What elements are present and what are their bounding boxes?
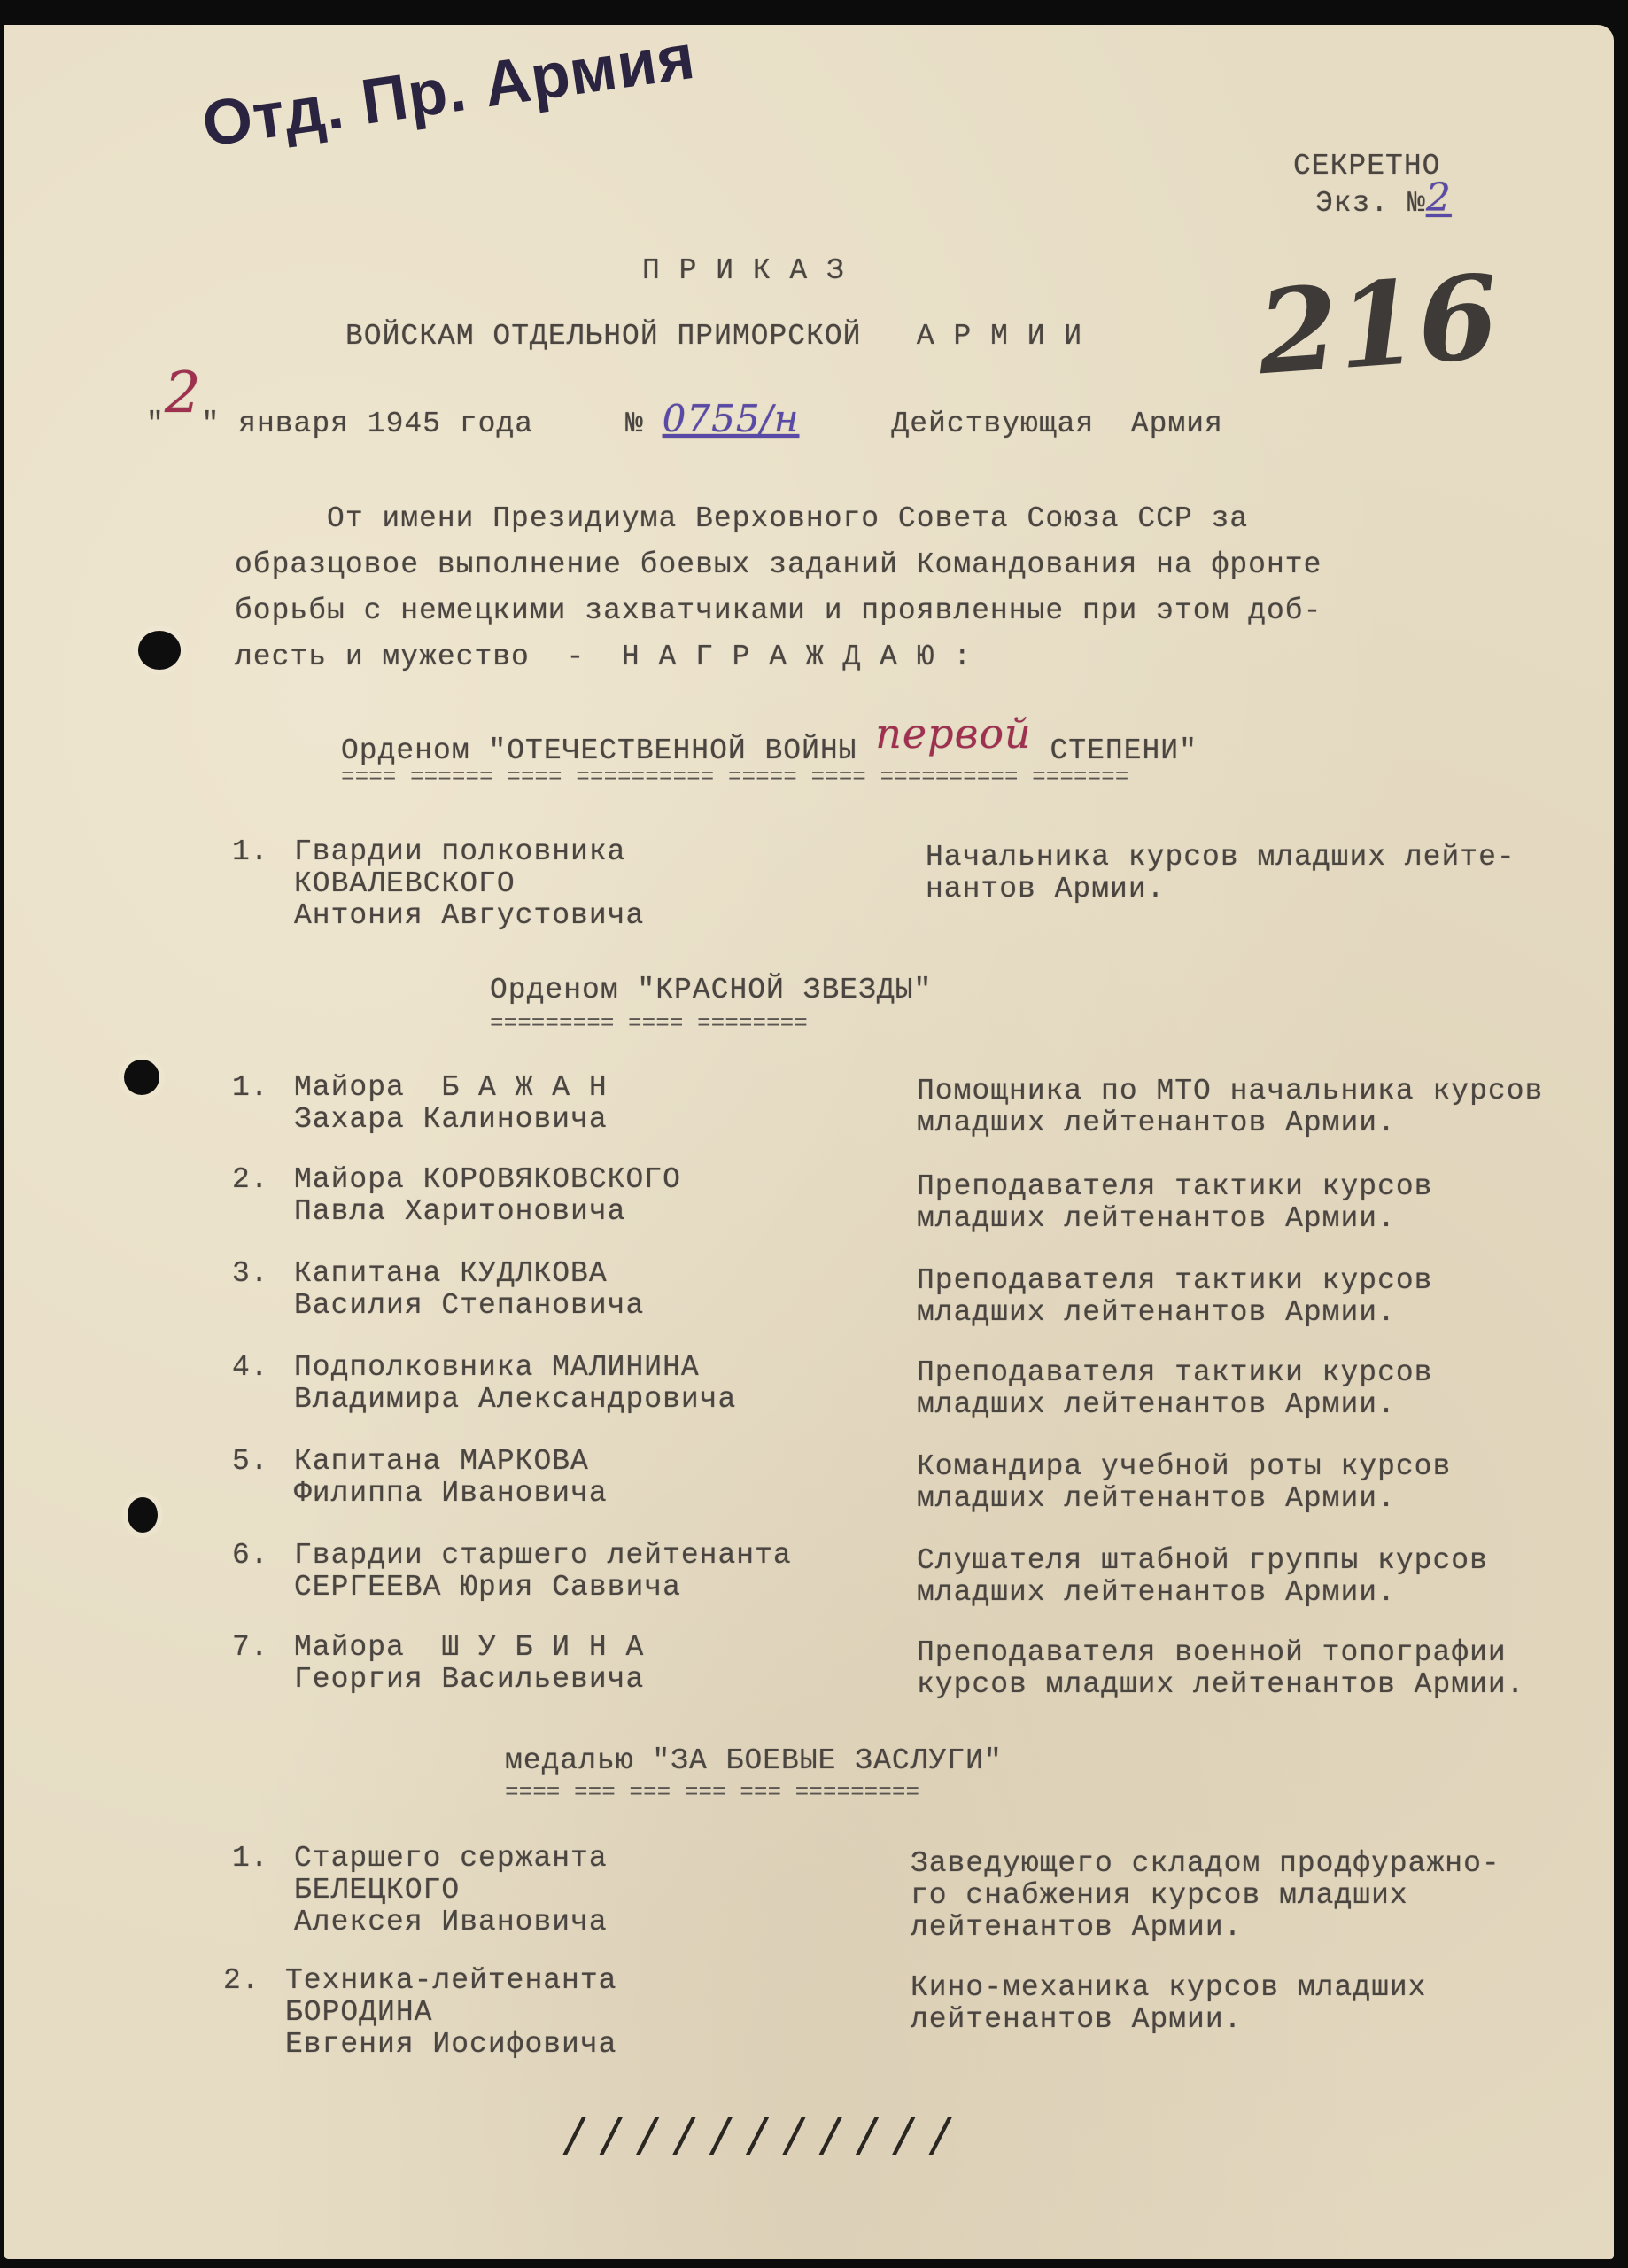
recipient-position: Преподавателя тактики курсовмладших лейт… [917, 1265, 1433, 1329]
copy-label: Экз. №2 [1315, 183, 1452, 220]
recipient-name: Гвардии старшего лейтенантаСЕРГЕЕВА Юрия… [294, 1540, 792, 1604]
order-title: П Р И К А З [642, 255, 845, 287]
given-names: Владимира Александровича [294, 1384, 736, 1416]
given-names: Алексея Ивановича [294, 1907, 608, 1938]
rank: Гвардии полковника [294, 836, 644, 868]
recipient-name: Гвардии полковникаКОВАЛЕВСКОГОАнтония Ав… [294, 836, 644, 932]
section-title: медалью "ЗА БОЕВЫЕ ЗАСЛУГИ" [505, 1745, 1003, 1777]
award-item: 6. [232, 1540, 269, 1572]
given-names: Василия Степановича [294, 1290, 644, 1322]
award-item: 2. [223, 1965, 260, 1997]
recipient-position: Кино-механика курсов младшихлейтенантов … [911, 1972, 1427, 2036]
recipient-name: Капитана КУДЛКОВАВасилия Степановича [294, 1258, 644, 1322]
section-title: Орденом "КРАСНОЙ ЗВЕЗДЫ" [490, 975, 932, 1006]
rank-surname: Майора Б А Ж А Н [294, 1072, 608, 1104]
recipient-name: Майора КОРОВЯКОВСКОГОПавла Харитоновича [294, 1164, 681, 1228]
position-line: курсов младших лейтенантов Армии. [917, 1669, 1525, 1701]
section-title: Орденом "ОТЕЧЕСТВЕННОЙ ВОЙНЫ первой СТЕП… [341, 728, 1198, 767]
award-item: 2. [232, 1164, 269, 1196]
position-line: го снабжения курсов младших [911, 1880, 1500, 1912]
item-number: 2. [232, 1163, 269, 1196]
surname-given-names: СЕРГЕЕВА Юрия Саввича [294, 1572, 792, 1604]
preamble-line: лесть и мужество - Н А Г Р А Ж Д А Ю : [235, 634, 1322, 680]
item-number: 7. [232, 1631, 269, 1664]
preamble-line: борьбы с немецкими захватчиками и проявл… [235, 588, 1322, 634]
number-label: № [625, 408, 644, 440]
recipient-position: Слушателя штабной группы курсовмладших л… [917, 1545, 1488, 1609]
position-line: младших лейтенантов Армии. [917, 1389, 1433, 1421]
surname: БОРОДИНА [285, 1997, 616, 2029]
recipient-name: Капитана МАРКОВАФилиппа Ивановича [294, 1446, 608, 1510]
item-number: 1. [232, 1842, 269, 1875]
rank-surname: Капитана КУДЛКОВА [294, 1258, 644, 1290]
rank: Гвардии старшего лейтенанта [294, 1540, 792, 1572]
recipient-position: Помощника по МТО начальника курсовмладши… [917, 1076, 1543, 1139]
position-line: младших лейтенантов Армии. [917, 1577, 1488, 1609]
item-number: 4. [232, 1351, 269, 1384]
award-item: 1. [232, 1843, 269, 1875]
award-item: 1. [232, 1072, 269, 1104]
punch-hole [128, 1497, 158, 1533]
surname: КОВАЛЕВСКОГО [294, 868, 644, 900]
punch-hole [138, 631, 181, 670]
given-names: Филиппа Ивановича [294, 1478, 608, 1510]
given-names: Захара Калиновича [294, 1104, 608, 1136]
location: Действующая Армия [891, 408, 1222, 440]
punch-hole [124, 1060, 159, 1095]
position-line: Командира учебной роты курсов [917, 1451, 1451, 1483]
position-line: Начальника курсов младших лейте- [926, 842, 1516, 874]
recipient-name: Подполковника МАЛИНИНАВладимира Александ… [294, 1352, 736, 1416]
position-line: младших лейтенантов Армии. [917, 1203, 1433, 1235]
rank-surname: Подполковника МАЛИНИНА [294, 1352, 736, 1384]
preamble-line: образцовое выполнение боевых заданий Ком… [235, 542, 1322, 588]
order-date-line: "2" января 1945 года № 0755/н Действующа… [146, 397, 1223, 440]
recipient-name: Майора Б А Ж А НЗахара Калиновича [294, 1072, 608, 1136]
given-names: Антония Августовича [294, 900, 644, 932]
item-number: 3. [232, 1257, 269, 1290]
item-number: 5. [232, 1445, 269, 1478]
section-title-post: СТЕПЕНИ" [1032, 734, 1198, 767]
preamble: От имени Президиума Верховного Совета Со… [235, 496, 1322, 680]
rank: Старшего сержанта [294, 1843, 608, 1875]
given-names: Георгия Васильевича [294, 1664, 644, 1696]
position-line: Слушателя штабной группы курсов [917, 1545, 1488, 1577]
recipient-name: Техника-лейтенантаБОРОДИНАЕвгения Иосифо… [285, 1965, 616, 2061]
surname: БЕЛЕЦКОГО [294, 1875, 608, 1907]
handwritten-degree: первой [875, 710, 1031, 757]
award-item: 7. [232, 1632, 269, 1664]
recipient-name: Старшего сержантаБЕЛЕЦКОГОАлексея Иванов… [294, 1843, 608, 1938]
rank-surname: Капитана МАРКОВА [294, 1446, 608, 1478]
recipient-position: Преподавателя тактики курсовмладших лейт… [917, 1171, 1433, 1235]
item-number: 1. [232, 1071, 269, 1104]
section-underline: ========= ==== ======== [490, 1010, 808, 1037]
recipient-position: Командира учебной роты курсовмладших лей… [917, 1451, 1451, 1515]
item-number: 6. [232, 1539, 269, 1572]
position-line: Преподавателя тактики курсов [917, 1265, 1433, 1297]
position-line: лейтенантов Армии. [911, 1912, 1500, 1944]
rank-surname: Майора КОРОВЯКОВСКОГО [294, 1164, 681, 1196]
award-item: 5. [232, 1446, 269, 1478]
date-day: 2 [165, 361, 202, 426]
item-number: 1. [232, 835, 269, 868]
secret-label: СЕКРЕТНО [1293, 151, 1440, 183]
recipient-name: Майора Ш У Б И Н АГеоргия Васильевича [294, 1632, 644, 1696]
rank-surname: Майора Ш У Б И Н А [294, 1632, 644, 1664]
date-text: января 1945 года [238, 408, 533, 440]
position-line: лейтенантов Армии. [911, 2004, 1427, 2036]
section-underline: ==== === === === === ========= [505, 1779, 919, 1806]
section-underline: ==== ====== ==== ========== ===== ==== =… [341, 764, 1128, 790]
position-line: младших лейтенантов Армии. [917, 1297, 1433, 1329]
order-number: 0755/н [663, 397, 800, 440]
handwritten-number: 216 [1253, 249, 1502, 401]
given-names: Евгения Иосифовича [285, 2029, 616, 2061]
preamble-line: От имени Президиума Верховного Совета Со… [235, 496, 1322, 542]
position-line: младших лейтенантов Армии. [917, 1107, 1543, 1139]
order-subtitle: ВОЙСКАМ ОТДЕЛЬНОЙ ПРИМОРСКОЙ А Р М И И [345, 321, 1082, 353]
award-item: 4. [232, 1352, 269, 1384]
award-item: 3. [232, 1258, 269, 1290]
copy-label-text: Экз. № [1315, 187, 1426, 220]
given-names: Павла Харитоновича [294, 1196, 681, 1228]
position-line: Помощника по МТО начальника курсов [917, 1076, 1543, 1107]
recipient-position: Начальника курсов младших лейте-нантов А… [926, 842, 1516, 905]
position-line: Преподавателя военной топографии [917, 1637, 1525, 1669]
award-item: 1. [232, 836, 269, 868]
item-number: 2. [223, 1964, 260, 1997]
recipient-position: Заведующего складом продфуражно-го снабж… [911, 1848, 1500, 1944]
position-line: младших лейтенантов Армии. [917, 1483, 1451, 1515]
position-line: Кино-механика курсов младших [911, 1972, 1427, 2004]
rank: Техника-лейтенанта [285, 1965, 616, 1997]
recipient-position: Преподавателя военной топографиикурсов м… [917, 1637, 1525, 1701]
position-line: Преподавателя тактики курсов [917, 1171, 1433, 1203]
copy-number: 2 [1426, 175, 1452, 221]
end-marks: /////////// [562, 2109, 965, 2162]
position-line: Преподавателя тактики курсов [917, 1357, 1433, 1389]
position-line: Заведующего складом продфуражно- [911, 1848, 1500, 1880]
position-line: нантов Армии. [926, 874, 1516, 905]
section-title-pre: Орденом "ОТЕЧЕСТВЕННОЙ ВОЙНЫ [341, 734, 875, 767]
recipient-position: Преподавателя тактики курсовмладших лейт… [917, 1357, 1433, 1421]
